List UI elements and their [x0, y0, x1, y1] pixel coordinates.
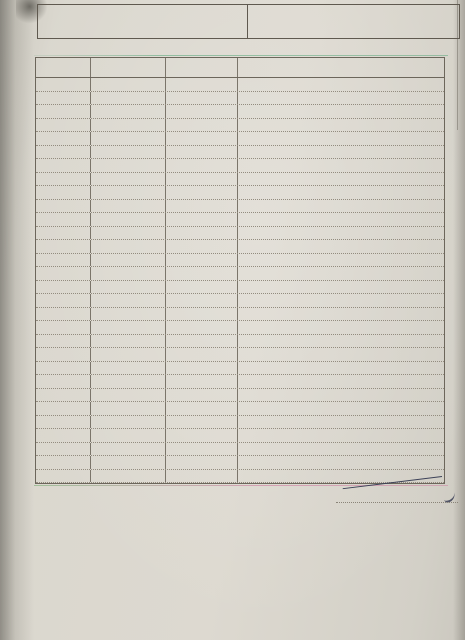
- vehicle-number-cell: [36, 416, 91, 429]
- reason-cell: [238, 375, 444, 388]
- table-row: [36, 470, 444, 484]
- vehicle-number-cell: [36, 429, 91, 442]
- vehicle-number-cell: [36, 78, 91, 91]
- from-cell: [91, 443, 166, 456]
- table-row: [36, 416, 444, 430]
- vehicle-number-cell: [36, 105, 91, 118]
- table-row: [36, 213, 444, 227]
- reason-cell: [238, 362, 444, 375]
- vehicle-number-cell: [36, 132, 91, 145]
- table-row: [36, 119, 444, 133]
- reason-cell: [238, 335, 444, 348]
- vehicle-number-cell: [36, 470, 91, 483]
- vehicle-number-cell: [36, 254, 91, 267]
- column-header-to: [166, 58, 238, 77]
- from-cell: [91, 321, 166, 334]
- reason-cell: [238, 200, 444, 213]
- to-cell: [166, 146, 238, 159]
- reason-cell: [238, 105, 444, 118]
- table-row: [36, 254, 444, 268]
- reason-cell: [238, 389, 444, 402]
- to-cell: [166, 389, 238, 402]
- vehicle-number-cell: [36, 267, 91, 280]
- table-row: [36, 186, 444, 200]
- table-row: [36, 362, 444, 376]
- reason-cell: [238, 254, 444, 267]
- column-header-vehicle: [36, 58, 91, 77]
- from-cell: [91, 146, 166, 159]
- column-header-reason: [238, 58, 444, 77]
- reason-cell: [238, 186, 444, 199]
- to-cell: [166, 362, 238, 375]
- to-cell: [166, 78, 238, 91]
- table-row: [36, 146, 444, 160]
- vehicle-number-cell: [36, 456, 91, 469]
- to-cell: [166, 92, 238, 105]
- from-cell: [91, 240, 166, 253]
- to-cell: [166, 227, 238, 240]
- vehicle-number-cell: [36, 443, 91, 456]
- table-header-row: [36, 58, 444, 78]
- from-cell: [91, 308, 166, 321]
- vehicle-number-cell: [36, 294, 91, 307]
- reason-cell: [238, 78, 444, 91]
- header-right-cell: [248, 5, 459, 38]
- vehicle-number-cell: [36, 186, 91, 199]
- to-cell: [166, 267, 238, 280]
- table-row: [36, 240, 444, 254]
- header-left-cell: [38, 5, 248, 38]
- variations-table: [35, 57, 445, 484]
- scan-artifact-line-bottom: [34, 485, 448, 486]
- table-row: [36, 159, 444, 173]
- from-cell: [91, 402, 166, 415]
- to-cell: [166, 308, 238, 321]
- table-row: [36, 375, 444, 389]
- to-cell: [166, 375, 238, 388]
- to-cell: [166, 294, 238, 307]
- table-row: [36, 402, 444, 416]
- from-cell: [91, 470, 166, 483]
- vehicle-number-cell: [36, 321, 91, 334]
- from-cell: [91, 267, 166, 280]
- table-row: [36, 173, 444, 187]
- vehicle-number-cell: [36, 227, 91, 240]
- from-cell: [91, 429, 166, 442]
- from-cell: [91, 294, 166, 307]
- scan-edge-left: [0, 0, 34, 640]
- reason-cell: [238, 294, 444, 307]
- to-cell: [166, 321, 238, 334]
- reason-cell: [238, 429, 444, 442]
- vehicle-number-cell: [36, 213, 91, 226]
- reason-cell: [238, 416, 444, 429]
- reason-cell: [238, 173, 444, 186]
- vehicle-number-cell: [36, 92, 91, 105]
- reason-cell: [238, 443, 444, 456]
- reason-cell: [238, 132, 444, 145]
- vehicle-number-cell: [36, 119, 91, 132]
- reason-cell: [238, 281, 444, 294]
- vehicle-number-cell: [36, 173, 91, 186]
- to-cell: [166, 132, 238, 145]
- scanned-document-page: [0, 0, 465, 640]
- vehicle-number-cell: [36, 335, 91, 348]
- to-cell: [166, 429, 238, 442]
- to-cell: [166, 119, 238, 132]
- reason-cell: [238, 402, 444, 415]
- to-cell: [166, 213, 238, 226]
- from-cell: [91, 335, 166, 348]
- table-body: [36, 78, 444, 483]
- scan-artifact-line-top: [34, 55, 448, 56]
- to-cell: [166, 443, 238, 456]
- from-cell: [91, 227, 166, 240]
- to-cell: [166, 348, 238, 361]
- table-row: [36, 389, 444, 403]
- reason-cell: [238, 92, 444, 105]
- reason-cell: [238, 308, 444, 321]
- table-row: [36, 456, 444, 470]
- table-row: [36, 105, 444, 119]
- from-cell: [91, 375, 166, 388]
- to-cell: [166, 402, 238, 415]
- header-box: [37, 4, 460, 39]
- from-cell: [91, 173, 166, 186]
- to-cell: [166, 200, 238, 213]
- table-row: [36, 335, 444, 349]
- to-cell: [166, 335, 238, 348]
- to-cell: [166, 240, 238, 253]
- table-row: [36, 267, 444, 281]
- to-cell: [166, 254, 238, 267]
- from-cell: [91, 200, 166, 213]
- reason-cell: [238, 227, 444, 240]
- table-row: [36, 78, 444, 92]
- table-row: [36, 443, 444, 457]
- table-row: [36, 92, 444, 106]
- vehicle-number-cell: [36, 146, 91, 159]
- reason-cell: [238, 267, 444, 280]
- vehicle-number-cell: [36, 159, 91, 172]
- signature-dotted-line: [336, 502, 458, 503]
- reason-cell: [238, 321, 444, 334]
- from-cell: [91, 78, 166, 91]
- vehicle-number-cell: [36, 308, 91, 321]
- table-row: [36, 429, 444, 443]
- table-row: [36, 281, 444, 295]
- to-cell: [166, 173, 238, 186]
- to-cell: [166, 456, 238, 469]
- to-cell: [166, 186, 238, 199]
- reason-cell: [238, 456, 444, 469]
- from-cell: [91, 92, 166, 105]
- from-cell: [91, 389, 166, 402]
- reason-cell: [238, 348, 444, 361]
- column-header-from: [91, 58, 166, 77]
- table-row: [36, 294, 444, 308]
- vehicle-number-cell: [36, 389, 91, 402]
- reason-cell: [238, 119, 444, 132]
- from-cell: [91, 213, 166, 226]
- reason-cell: [238, 240, 444, 253]
- vehicle-number-cell: [36, 362, 91, 375]
- from-cell: [91, 362, 166, 375]
- from-cell: [91, 348, 166, 361]
- to-cell: [166, 105, 238, 118]
- table-row: [36, 132, 444, 146]
- reason-cell: [238, 213, 444, 226]
- table-row: [36, 200, 444, 214]
- from-cell: [91, 416, 166, 429]
- table-row: [36, 321, 444, 335]
- from-cell: [91, 186, 166, 199]
- vehicle-number-cell: [36, 348, 91, 361]
- from-cell: [91, 254, 166, 267]
- from-cell: [91, 105, 166, 118]
- to-cell: [166, 159, 238, 172]
- distribution-list: [37, 490, 182, 491]
- from-cell: [91, 159, 166, 172]
- table-row: [36, 308, 444, 322]
- vehicle-number-cell: [36, 402, 91, 415]
- table-row: [36, 348, 444, 362]
- vehicle-number-cell: [36, 200, 91, 213]
- table-row: [36, 227, 444, 241]
- from-cell: [91, 119, 166, 132]
- scan-edge-right: [453, 0, 465, 640]
- from-cell: [91, 281, 166, 294]
- reason-cell: [238, 146, 444, 159]
- reason-cell: [238, 159, 444, 172]
- vehicle-number-cell: [36, 375, 91, 388]
- from-cell: [91, 456, 166, 469]
- to-cell: [166, 470, 238, 483]
- to-cell: [166, 416, 238, 429]
- vehicle-number-cell: [36, 281, 91, 294]
- from-cell: [91, 132, 166, 145]
- vehicle-number-cell: [36, 240, 91, 253]
- to-cell: [166, 281, 238, 294]
